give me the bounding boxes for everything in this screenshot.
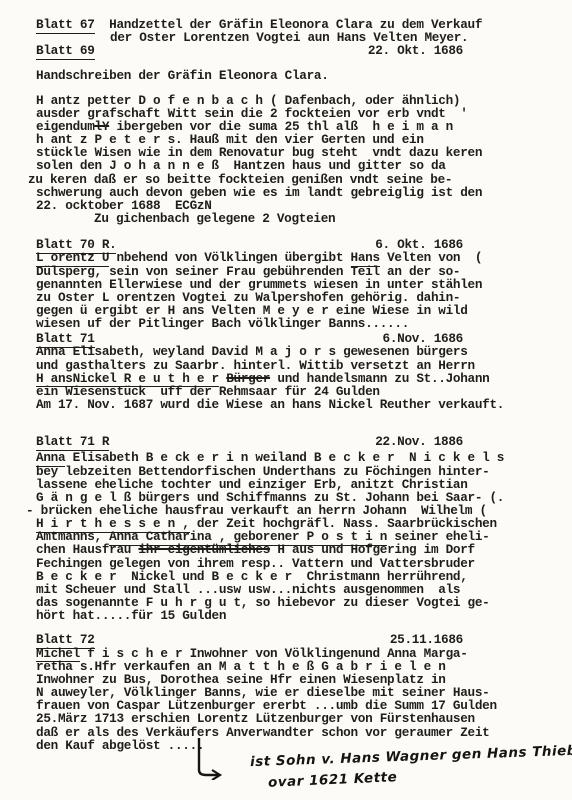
text-segment: Handschreiben der Gräfin Eleonora Clara. — [36, 68, 329, 83]
entry-heading-blatt-71r: Blatt 71 R22.Nov. 1886 — [36, 435, 552, 448]
handwritten-line-1: ist Sohn v. Hans Wagner gen Hans Thiebol… — [250, 742, 572, 770]
elbow-down-right-arrow-icon — [196, 738, 230, 780]
text-segment: hört hat.....für 15 Gulden — [36, 608, 226, 623]
document-page: Blatt 67 Handzettel der Gräfin Eleonora … — [0, 0, 572, 800]
text-segment: Am 17. Nov. 1687 wurd die Wiese an hans … — [36, 397, 504, 412]
entry-heading-blatt-69: Blatt 6922. Okt. 1686 — [36, 44, 552, 57]
handwritten-line-2: ovar 1621 Kette — [268, 769, 398, 791]
text-line: der Oster Lorentzen Vogtei aun Hans Velt… — [110, 31, 552, 44]
entry-date: 22.Nov. 1886 — [375, 435, 463, 448]
text-segment: den Kauf abgelöst ..... — [36, 738, 204, 753]
entry-date: 22. Okt. 1686 — [368, 44, 463, 57]
typed-text-block: Blatt 67 Handzettel der Gräfin Eleonora … — [36, 18, 552, 752]
text-line: hört hat.....für 15 Gulden — [36, 609, 552, 622]
text-line: Handschreiben der Gräfin Eleonora Clara. — [36, 69, 552, 82]
text-line: Am 17. Nov. 1687 wurd die Wiese an hans … — [36, 398, 552, 411]
underlined-text: Blatt 69 — [36, 43, 95, 60]
handwritten-annotation: ist Sohn v. Hans Wagner gen Hans Thiebol… — [192, 736, 564, 798]
underlined-text: Blatt 67 — [36, 17, 95, 34]
text-segment: wiesen uf der Pitlinger Bach völklinger … — [36, 316, 409, 331]
text-segment: Zu gichenbach gelegene 2 Vogteien — [94, 211, 335, 226]
text-line: wiesen uf der Pitlinger Bach völklinger … — [36, 317, 552, 330]
text-line: Zu gichenbach gelegene 2 Vogteien — [94, 212, 552, 225]
underlined-text: Blatt 71 R — [36, 434, 109, 451]
